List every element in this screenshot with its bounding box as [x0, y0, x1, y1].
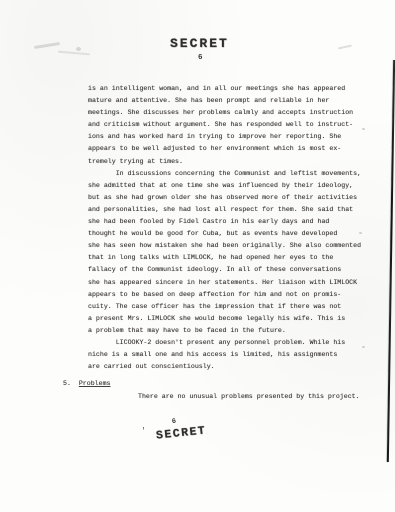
pencil-smudge — [58, 51, 90, 56]
page-number-top: 6 — [198, 54, 203, 62]
paragraph-licooky2: LICOOKY-2 doesn't present any personnel … — [88, 337, 373, 373]
scan-edge-line — [387, 60, 395, 462]
document-body: is an intelligent woman, and in all our … — [88, 83, 373, 373]
pencil-smudge — [34, 42, 60, 49]
pencil-smudge — [76, 47, 81, 51]
scan-speck — [362, 346, 365, 348]
section-title: Problems — [79, 380, 111, 387]
margin-tick-mark: ' — [141, 427, 146, 436]
classification-stamp-top: SECRET — [170, 36, 229, 51]
scan-speck — [362, 128, 365, 130]
paragraph-communist-discussions: In discussions concerning the Communist … — [88, 168, 373, 337]
page-number-bottom: 6 — [171, 418, 176, 427]
section-number: 5. — [63, 380, 71, 387]
paragraph-no-problems: There are no unusual problems presented … — [138, 393, 360, 400]
pencil-smudge — [338, 45, 352, 50]
scanned-document-page: SECRET 6 is an intelligent woman, and in… — [0, 0, 395, 512]
paragraph-assessment: is an intelligent woman, and in all our … — [88, 83, 373, 168]
classification-stamp-bottom: SECRET — [155, 424, 207, 442]
heading-spacer — [71, 380, 79, 387]
section-heading-problems: 5. Problems — [63, 380, 111, 387]
scan-speck — [359, 232, 362, 234]
